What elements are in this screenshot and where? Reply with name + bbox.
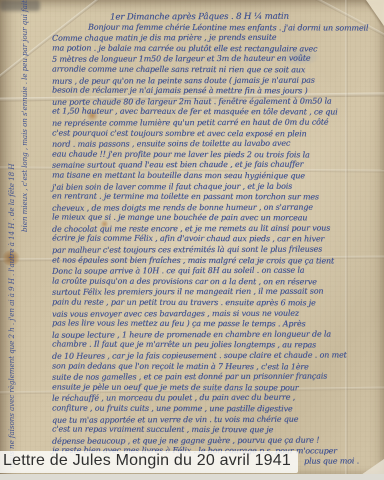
photo-caption: Lettre de Jules Mongin du 20 avril 1941 xyxy=(0,451,298,473)
margin-note-lower: nous ne faisons avec règlement que 2 h .… xyxy=(7,164,16,468)
letter-photo: 1er Dimanche après Pâques . 8 H ¼ matinB… xyxy=(0,0,384,477)
handwritten-line: pain du reste , par un petit trou au tra… xyxy=(52,297,374,309)
handwritten-line: arrondie comme une chapelle sans retrait… xyxy=(52,64,374,76)
handwritten-line: confiture , ou fruits cuits , une pomme … xyxy=(52,403,374,415)
handwritten-line: en rentrant . je termine ma toilette en … xyxy=(52,192,374,204)
handwritten-line: ne représente comme lumière qu'un petit … xyxy=(52,117,374,129)
handwritten-letter-body: 1er Dimanche après Pâques . 8 H ¼ matinB… xyxy=(52,12,374,468)
handwritten-line: 1er Dimanche après Pâques . 8 H ¼ matin xyxy=(52,11,374,23)
margin-note-upper: bien mieux , c'est long , mais on s'ennu… xyxy=(20,0,29,232)
handwritten-line: par malheur c'est toujours ces extrémité… xyxy=(52,244,374,256)
handwritten-line: ma tisane en mettant la bouteille dans m… xyxy=(52,170,374,182)
handwritten-line: de 10 Heures , car je la fais copieuseme… xyxy=(52,350,374,362)
scan-border xyxy=(0,474,384,477)
